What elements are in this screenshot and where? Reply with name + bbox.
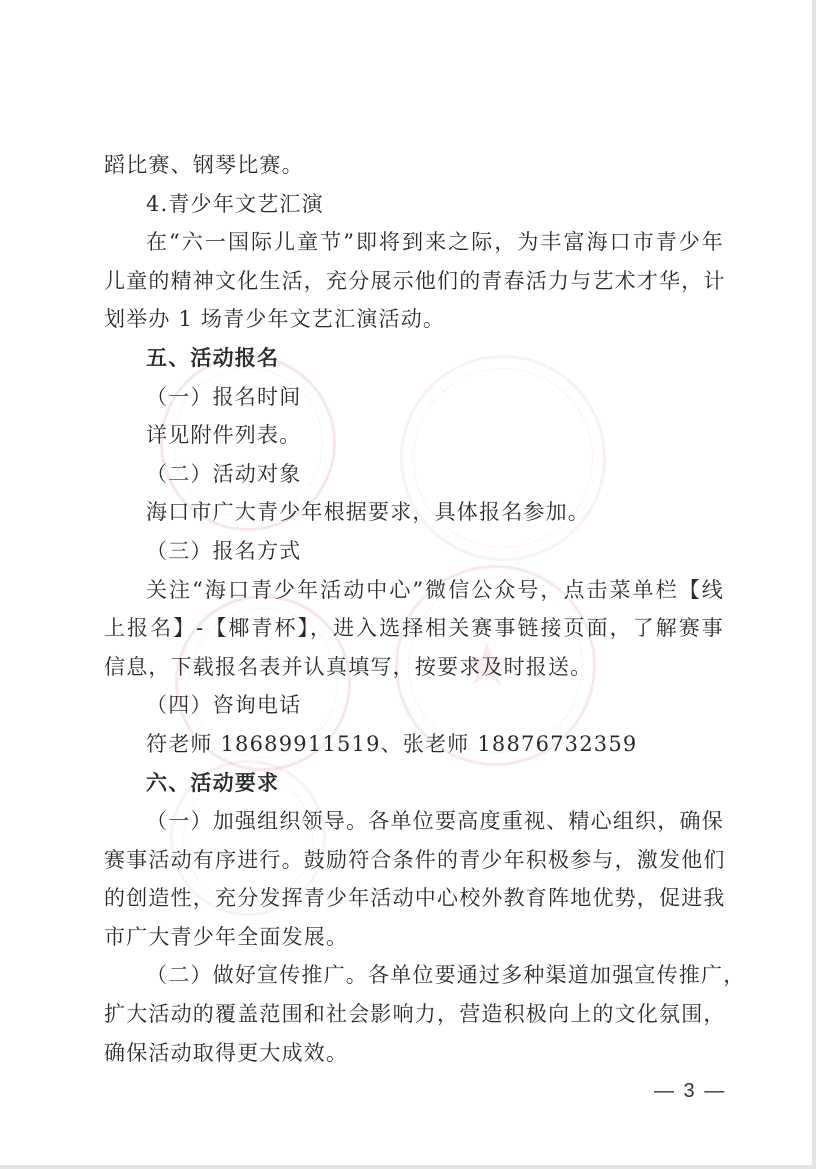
paragraph-line: 详见附件列表。 (104, 416, 724, 455)
section-heading: 六、活动要求 (104, 764, 724, 803)
paragraph-line: （一）加强组织领导。各单位要高度重视、精心组织，确保 (104, 802, 724, 841)
text-line: 蹈比赛、钢琴比赛。 (104, 146, 724, 185)
paragraph-line: 在“六一国际儿童节”即将到来之际，为丰富海口市青少年 (104, 223, 724, 262)
document-body: 蹈比赛、钢琴比赛。 4.青少年文艺汇演 在“六一国际儿童节”即将到来之际，为丰富… (104, 146, 724, 1072)
paragraph-line: 海口市广大青少年根据要求，具体报名参加。 (104, 493, 724, 532)
subsection-title: （三）报名方式 (104, 532, 724, 571)
page-number: — 3 — (654, 1080, 726, 1103)
subsection-title: （一）报名时间 (104, 378, 724, 417)
paragraph-line: 上报名】-【椰青杯】，进入选择相关赛事链接页面，了解赛事 (104, 609, 724, 648)
paragraph-line: 关注“海口青少年活动中心”微信公众号，点击菜单栏【线 (104, 571, 724, 610)
subsection-title: 4.青少年文艺汇演 (104, 185, 724, 224)
section-heading: 五、活动报名 (104, 339, 724, 378)
contact-phone-line: 符老师 18689911519、张老师 18876732359 (104, 725, 724, 764)
paragraph-line: 儿童的精神文化生活，充分展示他们的青春活力与艺术才华，计 (104, 262, 724, 301)
paragraph-line: 市广大青少年全面发展。 (104, 918, 724, 957)
paragraph-line: 赛事活动有序进行。鼓励符合条件的青少年积极参与，激发他们 (104, 841, 724, 880)
paragraph-line: 扩大活动的覆盖范围和社会影响力，营造积极向上的文化氛围， (104, 995, 724, 1034)
paragraph-line: 确保活动取得更大成效。 (104, 1034, 724, 1073)
paragraph-line: 划举办 1 场青少年文艺汇演活动。 (104, 300, 724, 339)
paragraph-line: （二）做好宣传推广。各单位要通过多种渠道加强宣传推广， (104, 956, 724, 995)
document-page: ★ 蹈比赛、钢琴比赛。 4.青少年文艺汇演 在“六一国际儿童节”即将到来之际，为… (0, 0, 816, 1169)
subsection-title: （四）咨询电话 (104, 686, 724, 725)
subsection-title: （二）活动对象 (104, 455, 724, 494)
paragraph-line: 的创造性，充分发挥青少年活动中心校外教育阵地优势，促进我 (104, 879, 724, 918)
paragraph-line: 信息，下载报名表并认真填写，按要求及时报送。 (104, 648, 724, 687)
